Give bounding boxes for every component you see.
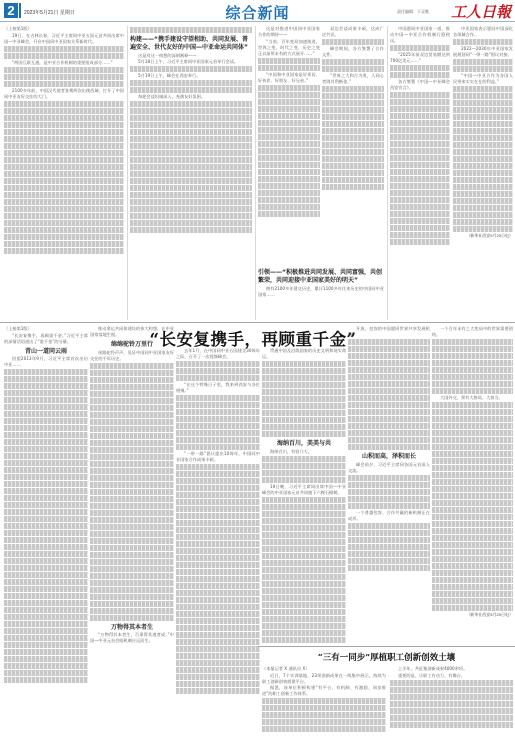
text-line bbox=[90, 538, 174, 544]
paragraph: 19日，在吉林长春，习近平主席同中亚五国元首共同出席中国—中亚峰会，开启中国同中… bbox=[4, 33, 124, 45]
paragraph: “长安复携手，再顾重千金。”习近平主席的深情话语道出了“重千金”的分量。 bbox=[4, 333, 88, 345]
text-line bbox=[176, 423, 260, 429]
text-line bbox=[390, 120, 450, 126]
text-line bbox=[432, 514, 513, 520]
text-line bbox=[348, 551, 430, 557]
paragraph: 19日晚，习近平主席同出席中国—中亚峰会的中亚国家元首共同植下六棵石榴树。 bbox=[262, 484, 346, 496]
paragraph: 开放、包容的中国愿同世界共享发展机遇。 bbox=[348, 326, 430, 338]
paragraph: 2100多年前，中国汉代使者张骞两次出使西域，打开了中国同中亚友好交往的大门。 bbox=[4, 88, 124, 100]
text-line bbox=[90, 461, 174, 467]
text-line bbox=[4, 544, 88, 550]
text-line bbox=[4, 516, 88, 522]
text-line bbox=[90, 496, 174, 502]
text-line bbox=[348, 374, 430, 380]
paragraph: 双边会谈成果丰硕，达成广泛共识。 bbox=[322, 26, 384, 38]
text-line bbox=[348, 503, 430, 509]
text-line bbox=[432, 444, 513, 450]
subheading: 绵绵驼铃万里行 bbox=[90, 341, 174, 349]
text-line bbox=[348, 544, 430, 550]
text-line bbox=[4, 670, 88, 676]
text-line bbox=[90, 545, 174, 551]
paragraph: “一带一路”倡议提出10周年，中国同中亚国家合作成果丰硕。 bbox=[176, 451, 260, 463]
paragraph: “中国—中亚合作为各国人民带来实实在在的利益。” bbox=[453, 73, 513, 85]
text-line bbox=[130, 157, 252, 163]
text-line bbox=[432, 556, 513, 562]
text-line bbox=[90, 475, 174, 481]
text-line bbox=[130, 206, 252, 212]
text-line bbox=[322, 39, 384, 45]
text-line bbox=[390, 232, 450, 238]
text-line bbox=[4, 383, 88, 389]
text-line bbox=[90, 601, 174, 607]
text-line bbox=[258, 204, 320, 210]
text-line bbox=[453, 128, 513, 134]
text-line bbox=[322, 121, 384, 127]
text-line bbox=[258, 113, 320, 119]
text-line bbox=[176, 492, 260, 498]
subheading: 山积而高，泽积而长 bbox=[348, 453, 430, 461]
text-line bbox=[4, 376, 88, 382]
byline: （上接第1版） bbox=[4, 26, 124, 32]
text-line bbox=[90, 370, 174, 376]
text-line bbox=[390, 715, 513, 721]
paragraph: 近日，7个实训基地、23项创新成果在一线集中展示，持续为职工创新创效搭建平台。 bbox=[262, 673, 386, 685]
text-line bbox=[432, 381, 513, 387]
text-line bbox=[4, 446, 88, 452]
text-line bbox=[262, 456, 346, 462]
text-line bbox=[258, 85, 320, 91]
text-line bbox=[432, 507, 513, 513]
lower-col-6: 一个百年未有之大变局中的世界需要团结。 大国外交，须有大格局、大担当。 bbox=[432, 326, 513, 646]
text-line bbox=[90, 433, 174, 439]
text-line bbox=[258, 162, 320, 168]
paragraph: “世界之大和合为贵，人同心者则其利断金。” bbox=[322, 73, 384, 85]
text-line bbox=[262, 382, 346, 388]
text-line bbox=[262, 470, 346, 476]
text-line bbox=[176, 437, 260, 443]
text-line bbox=[432, 360, 513, 366]
text-line bbox=[176, 548, 260, 554]
text-line bbox=[432, 500, 513, 506]
text-line bbox=[453, 135, 513, 141]
text-line bbox=[453, 86, 513, 92]
text-line bbox=[258, 197, 320, 203]
lower-col-5: 开放、包容的中国愿同世界共享发展机遇。 山积而高，泽积而长 峰会前夕，习近平主席… bbox=[348, 326, 430, 646]
text-line bbox=[432, 479, 513, 485]
text-line bbox=[262, 403, 346, 409]
paragraph: 重要的是，让职工有动力、有舞台。 bbox=[390, 673, 513, 679]
text-line bbox=[262, 396, 346, 402]
text-line bbox=[130, 101, 252, 107]
text-line bbox=[432, 535, 513, 541]
text-line bbox=[262, 602, 346, 608]
text-line bbox=[4, 171, 124, 177]
text-line bbox=[262, 410, 346, 416]
text-line bbox=[4, 241, 124, 247]
text-line bbox=[262, 518, 346, 524]
text-line bbox=[453, 100, 513, 106]
upper-col-6: 中亚国家表示愿同中国深化各领域合作。 2022—2030年中亚国家发展规划同“一… bbox=[453, 26, 513, 320]
text-line bbox=[262, 637, 346, 643]
section-divider bbox=[0, 322, 515, 323]
text-line bbox=[432, 339, 513, 345]
text-line bbox=[4, 81, 124, 87]
text-line bbox=[4, 248, 124, 254]
text-line bbox=[4, 495, 88, 501]
text-line bbox=[4, 432, 88, 438]
text-line bbox=[453, 191, 513, 197]
text-line bbox=[90, 412, 174, 418]
text-line bbox=[4, 220, 124, 226]
paragraph: 一个百年未有之大变局中的世界需要团结。 bbox=[432, 326, 513, 338]
paragraph: “当前，百年变局加速演进，世界之变、时代之变、历史之变正以前所未有的方式展开……… bbox=[258, 39, 320, 57]
text-line bbox=[390, 155, 450, 161]
text-line bbox=[4, 488, 88, 494]
text-line bbox=[90, 489, 174, 495]
text-line bbox=[322, 114, 384, 120]
text-line bbox=[90, 391, 174, 397]
text-line bbox=[176, 625, 260, 631]
text-line bbox=[322, 86, 384, 92]
column-separator bbox=[127, 26, 128, 320]
text-line bbox=[390, 141, 450, 147]
text-line bbox=[453, 142, 513, 148]
text-line bbox=[348, 489, 430, 495]
text-line bbox=[262, 623, 346, 629]
paragraph: 海纳百川，有容乃大。 bbox=[262, 449, 346, 455]
paragraph: “在这个特殊日子里，我来到西安与各位相聚。” bbox=[176, 382, 260, 394]
text-line bbox=[130, 143, 252, 149]
upper-col-2: 构建——“携手建设守望相助、共同发展、普遍安全、世代友好的中国—中亚命运共同体”… bbox=[130, 26, 252, 320]
text-line bbox=[262, 574, 346, 580]
text-line bbox=[432, 605, 513, 611]
text-line bbox=[90, 419, 174, 425]
text-line bbox=[4, 74, 124, 80]
text-line bbox=[348, 423, 430, 429]
text-line bbox=[90, 573, 174, 579]
text-line bbox=[390, 65, 450, 71]
text-line bbox=[176, 660, 260, 666]
text-line bbox=[348, 388, 430, 394]
text-line bbox=[90, 587, 174, 593]
text-line bbox=[390, 225, 450, 231]
text-line bbox=[258, 120, 320, 126]
text-line bbox=[262, 567, 346, 573]
text-line bbox=[4, 150, 124, 156]
text-line bbox=[4, 509, 88, 515]
dateline-credit: （新华社西安5月20日电） bbox=[432, 612, 513, 618]
text-line bbox=[258, 176, 320, 182]
text-line bbox=[4, 593, 88, 599]
text-line bbox=[258, 148, 320, 154]
text-line bbox=[4, 425, 88, 431]
text-line bbox=[348, 402, 430, 408]
lower-col-2: 推动命运共同体建设的伟大构想，在中亚国家落地生根。 绵绵驼铃万里行 丝路驼铃声声… bbox=[90, 326, 174, 744]
text-line bbox=[176, 444, 260, 450]
upper-subhead-block: 引领——“积极推进共同发展、共同富强，共创繁荣，共同迎接中亚国家美好的明天” 拥… bbox=[258, 266, 384, 320]
text-line bbox=[322, 66, 384, 72]
text-line bbox=[4, 586, 88, 592]
text-line bbox=[432, 353, 513, 359]
text-line bbox=[432, 563, 513, 569]
text-line bbox=[432, 437, 513, 443]
text-line bbox=[176, 513, 260, 519]
text-line bbox=[262, 726, 386, 732]
text-line bbox=[262, 581, 346, 587]
text-line bbox=[453, 212, 513, 218]
text-line bbox=[262, 504, 346, 510]
text-line bbox=[348, 482, 430, 488]
paragraph: 上半年，共征集创新成果4000余项。 bbox=[390, 666, 513, 672]
text-line bbox=[4, 199, 124, 205]
text-line bbox=[130, 87, 252, 93]
text-line bbox=[258, 65, 320, 71]
text-line bbox=[432, 591, 513, 597]
text-line bbox=[4, 206, 124, 212]
text-line bbox=[390, 694, 513, 700]
text-line bbox=[390, 204, 450, 210]
text-line bbox=[348, 395, 430, 401]
text-line bbox=[258, 92, 320, 98]
text-line bbox=[4, 656, 88, 662]
text-line bbox=[453, 93, 513, 99]
text-line bbox=[390, 218, 450, 224]
text-line bbox=[90, 377, 174, 383]
byline: （上接第1版） bbox=[4, 326, 88, 332]
text-line bbox=[262, 553, 346, 559]
text-line bbox=[322, 184, 384, 190]
paragraph: 贯通中国及沿线国家的历史文明和现实命运。 bbox=[262, 348, 346, 360]
text-line bbox=[4, 213, 124, 219]
text-line bbox=[453, 107, 513, 113]
paragraph: 2022—2030年中亚国家发展规划同“一带一路”倡议对接。 bbox=[453, 46, 513, 58]
br-col-2: 上半年，共征集创新成果4000余项。 重要的是，让职工有动力、有舞台。 bbox=[390, 666, 513, 746]
text-line bbox=[176, 520, 260, 526]
text-line bbox=[262, 368, 346, 374]
upper-col-5: 中国愿同中亚国家一道，推动中国—中亚合作机制行稳致远。 “2025年前双边贸易额… bbox=[390, 26, 450, 320]
text-line bbox=[130, 199, 252, 205]
text-line bbox=[453, 39, 513, 45]
text-line bbox=[90, 608, 174, 614]
text-line bbox=[130, 150, 252, 156]
text-line bbox=[4, 579, 88, 585]
text-line bbox=[4, 439, 88, 445]
text-line bbox=[176, 506, 260, 512]
text-line bbox=[4, 234, 124, 240]
paragraph: 这是对推进中国同中亚国家合作的期待—— bbox=[258, 26, 320, 38]
text-line bbox=[4, 481, 88, 487]
text-line bbox=[453, 205, 513, 211]
text-line bbox=[258, 134, 320, 140]
text-line bbox=[432, 402, 513, 408]
text-line bbox=[322, 128, 384, 134]
story-subheadline: 引领——“积极推进共同发展、共同富强，共创繁荣，共同迎接中亚国家美好的明天” bbox=[258, 269, 384, 285]
lower-col-1: （上接第1版） “长安复携手，再顾重千金。”习近平主席的深情话语道出了“重千金”… bbox=[4, 326, 88, 744]
paragraph: 中亚国家表示愿同中国深化各领域合作。 bbox=[453, 26, 513, 38]
text-line bbox=[90, 447, 174, 453]
text-line bbox=[176, 464, 260, 470]
text-line bbox=[390, 197, 450, 203]
text-line bbox=[4, 502, 88, 508]
text-line bbox=[4, 397, 88, 403]
text-line bbox=[262, 424, 346, 430]
paragraph: 这是对这一构想的深刻阐释—— bbox=[130, 53, 252, 59]
text-line bbox=[390, 183, 450, 189]
text-line bbox=[4, 572, 88, 578]
text-line bbox=[90, 503, 174, 509]
br-col-1: （本报记者 X 通讯员 X） 近日，7个实训基地、23项创新成果在一线集中展示，… bbox=[262, 666, 386, 746]
text-line bbox=[262, 525, 346, 531]
paragraph: 各方签署《中国—中亚峰会西安宣言》。 bbox=[390, 79, 450, 91]
text-line bbox=[432, 451, 513, 457]
text-line bbox=[130, 80, 252, 86]
text-line bbox=[176, 499, 260, 505]
text-line bbox=[348, 530, 430, 536]
text-line bbox=[4, 101, 124, 107]
text-line bbox=[176, 527, 260, 533]
text-line bbox=[432, 549, 513, 555]
text-line bbox=[4, 46, 124, 52]
text-line bbox=[348, 360, 430, 366]
text-line bbox=[453, 219, 513, 225]
text-line bbox=[432, 430, 513, 436]
text-line bbox=[176, 653, 260, 659]
paragraph: 据悉，该单位积极构建“有平台、有机制、有激励、同步推进”的职工创新工作体系。 bbox=[262, 685, 386, 697]
paragraph: 回望2013年9月，习近平主席首次出访中亚…… bbox=[4, 356, 88, 368]
text-line bbox=[4, 185, 124, 191]
text-line bbox=[258, 127, 320, 133]
text-line bbox=[176, 375, 260, 381]
text-line bbox=[432, 570, 513, 576]
text-line bbox=[4, 164, 124, 170]
text-line bbox=[4, 467, 88, 473]
newspaper-logo: 工人日報 bbox=[451, 1, 511, 22]
editor-credit: 责任编辑：于灵歌 bbox=[397, 9, 429, 15]
text-line bbox=[348, 353, 430, 359]
text-line bbox=[262, 595, 346, 601]
story-headline: 构建——“携手建设守望相助、共同发展、普遍安全、世代友好的中国—中亚命运共同体” bbox=[130, 36, 252, 52]
text-line bbox=[130, 108, 252, 114]
text-line bbox=[176, 395, 260, 401]
paragraph: 大国外交，须有大格局、大担当。 bbox=[432, 395, 513, 401]
text-line bbox=[348, 437, 430, 443]
text-line bbox=[432, 416, 513, 422]
paragraph: 一个普惠包容、合作共赢的新机制正在成形。 bbox=[348, 510, 430, 522]
text-line bbox=[390, 134, 450, 140]
text-line bbox=[130, 178, 252, 184]
text-line bbox=[258, 190, 320, 196]
text-line bbox=[432, 388, 513, 394]
text-line bbox=[4, 108, 124, 114]
text-line bbox=[390, 239, 450, 245]
text-line bbox=[4, 677, 88, 683]
text-line bbox=[453, 170, 513, 176]
text-line bbox=[4, 53, 124, 59]
text-line bbox=[322, 149, 384, 155]
text-line bbox=[90, 615, 174, 621]
text-line bbox=[176, 632, 260, 638]
text-line bbox=[390, 701, 513, 707]
text-line bbox=[4, 404, 88, 410]
text-line bbox=[130, 213, 252, 219]
text-line bbox=[176, 583, 260, 589]
bottom-right-divider bbox=[258, 646, 515, 647]
text-line bbox=[348, 565, 430, 571]
text-line bbox=[258, 141, 320, 147]
text-line bbox=[258, 155, 320, 161]
text-line bbox=[262, 511, 346, 517]
text-line bbox=[4, 537, 88, 543]
text-line bbox=[390, 708, 513, 714]
text-line bbox=[262, 497, 346, 503]
text-line bbox=[453, 59, 513, 65]
text-line bbox=[390, 680, 513, 686]
text-line bbox=[130, 164, 252, 170]
text-line bbox=[258, 106, 320, 112]
text-line bbox=[4, 628, 88, 634]
byline: （本报记者 X 通讯员 X） bbox=[262, 666, 386, 672]
text-line bbox=[453, 177, 513, 183]
text-line bbox=[432, 584, 513, 590]
text-line bbox=[432, 542, 513, 548]
text-line bbox=[390, 99, 450, 105]
text-line bbox=[432, 577, 513, 583]
text-line bbox=[130, 171, 252, 177]
text-line bbox=[130, 185, 252, 191]
text-line bbox=[262, 705, 386, 711]
text-line bbox=[432, 367, 513, 373]
text-line bbox=[348, 475, 430, 481]
text-line bbox=[348, 409, 430, 415]
text-line bbox=[432, 409, 513, 415]
text-line bbox=[453, 163, 513, 169]
text-line bbox=[176, 639, 260, 645]
text-line bbox=[348, 367, 430, 373]
text-line bbox=[176, 667, 260, 673]
text-line bbox=[390, 190, 450, 196]
text-line bbox=[90, 454, 174, 460]
text-line bbox=[90, 398, 174, 404]
text-line bbox=[262, 431, 346, 437]
text-line bbox=[4, 635, 88, 641]
text-line bbox=[4, 178, 124, 184]
text-line bbox=[130, 220, 252, 226]
text-line bbox=[176, 534, 260, 540]
text-line bbox=[432, 374, 513, 380]
text-line bbox=[322, 107, 384, 113]
text-line bbox=[322, 135, 384, 141]
text-line bbox=[4, 192, 124, 198]
text-line bbox=[176, 430, 260, 436]
text-line bbox=[176, 646, 260, 652]
text-line bbox=[90, 440, 174, 446]
paragraph: 推动命运共同体建设的伟大构想，在中亚国家落地生根。 bbox=[90, 326, 174, 338]
text-line bbox=[348, 444, 430, 450]
text-line bbox=[4, 453, 88, 459]
text-line bbox=[262, 539, 346, 545]
text-line bbox=[262, 361, 346, 367]
text-line bbox=[4, 418, 88, 424]
text-line bbox=[90, 531, 174, 537]
text-line bbox=[390, 176, 450, 182]
text-line bbox=[4, 67, 124, 73]
text-line bbox=[453, 226, 513, 232]
paragraph: 去年1月，在中国同中亚五国建交30周年之际，召开了一次视频峰会。 bbox=[176, 348, 260, 360]
text-line bbox=[390, 92, 450, 98]
text-line bbox=[390, 169, 450, 175]
text-line bbox=[390, 45, 450, 51]
text-line bbox=[322, 156, 384, 162]
